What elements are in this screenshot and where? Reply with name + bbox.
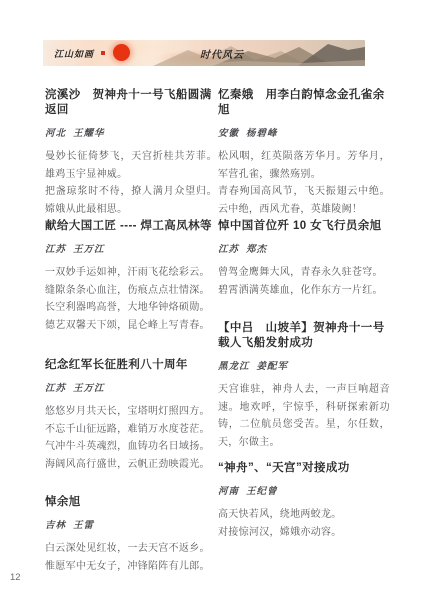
poem-line: 一双妙手运如神，汗雨飞花绘彩云。 [45,264,217,282]
poem-line: 海阔风高行盛世，云帆正劲映霞光。 [45,456,217,474]
poem-author: 江苏王万江 [45,241,217,255]
poem-line: 德艺双馨天下颂，昆仑峰上写青春。 [45,317,217,335]
poem-author: 吉林王雷 [45,517,217,531]
poem-title: 献给大国工匠 ---- 焊工高凤林等 [45,219,217,234]
poem-title: 浣溪沙 贺神舟十一号飞船圆满返回 [45,88,217,118]
author-region: 江苏 [218,245,239,255]
seal-stamp-icon [101,51,105,55]
poem-yiqine: 忆秦娥 用李白韵悼念金孔雀余旭 安徽杨碧峰 松风咽，红英陨落芳华月。芳华月，军营… [218,88,390,218]
poem-title: 悼余旭 [45,495,217,510]
poem-line: 气冲牛斗英魂烈，血铸功名日域扬。 [45,438,217,456]
banner-calligraphy-center: 时代风云 [200,46,244,61]
poem-author: 江苏王万江 [45,380,217,394]
author-region: 黑龙江 [218,362,250,372]
banner-calligraphy-left: 江山如画 [54,47,94,60]
poem-title: 【中吕 山坡羊】贺神舟十一号载人飞船发射成功 [218,321,390,351]
author-region: 河南 [218,487,239,497]
author-region: 江苏 [45,245,66,255]
poem-daguogongjiang: 献给大国工匠 ---- 焊工高凤林等 江苏王万江 一双妙手运如神，汗雨飞花绘彩云… [45,219,217,334]
author-region: 河北 [45,129,66,139]
author-region: 江苏 [45,384,66,394]
poem-line: 松风咽，红英陨落芳华月。芳华月，军营孔雀，骤然殇别。 [218,148,390,183]
magazine-page: 江山如画 时代风云 浣溪沙 贺神舟十一号飞船圆满返回 河北王耀华 曼妙长征倚梦飞… [0,0,421,600]
poem-title: “神舟”、“天宫”对接成功 [218,461,390,476]
poem-title: 忆秦娥 用李白韵悼念金孔雀余旭 [218,88,390,118]
poem-duijie: “神舟”、“天宫”对接成功 河南王纪曾 高天快若风，绕地两蛟龙。 对接惊河汉，嫦… [218,461,390,541]
author-region: 吉林 [45,521,66,531]
poem-line: 青春殉国高风节，飞天振翅云中绝。云中绝，西风尤眷，英雄陵阙！ [218,183,390,218]
author-name: 王耀华 [73,129,105,139]
author-name: 王雷 [73,521,94,531]
header-banner-image: 江山如画 时代风云 [43,40,365,66]
author-name: 郑杰 [246,245,267,255]
author-name: 王纪曾 [246,487,278,497]
author-name: 王万江 [73,384,105,394]
poem-line: 把盏琼浆时不待，撩人满月众望归。嫦娥从此最相思。 [45,183,217,218]
poem-line: 白云深处见红妆，一去天宫不返乡。 [45,540,217,558]
poem-jian10: 悼中国首位歼 10 女飞行员余旭 江苏郑杰 曾驾金鹰舞大风，青春永久驻苍穹。 碧… [218,219,390,299]
poem-line: 不忘千山征远路，难销万水度苍茫。 [45,421,217,439]
poem-line: 对接惊河汉，嫦娥亦动容。 [218,524,390,542]
poem-line: 长空利器鸣高誉，大地华钟烙硕勋。 [45,299,217,317]
poem-changzheng: 纪念红军长征胜利八十周年 江苏王万江 悠悠岁月共天长，宝塔明灯照四方。 不忘千山… [45,358,217,473]
author-region: 安徽 [218,129,239,139]
poem-line: 悠悠岁月共天长，宝塔明灯照四方。 [45,403,217,421]
poem-author: 江苏郑杰 [218,241,390,255]
poem-title: 纪念红军长征胜利八十周年 [45,358,217,373]
poem-author: 河北王耀华 [45,125,217,139]
poem-shanpoyang: 【中吕 山坡羊】贺神舟十一号载人飞船发射成功 黑龙江姜配军 天宫谁驻，神舟人去，… [218,321,390,451]
poem-line: 高天快若风，绕地两蛟龙。 [218,506,390,524]
author-name: 王万江 [73,245,105,255]
poem-line: 缝隙条条心血注，伤痕点点壮情深。 [45,282,217,300]
poem-line: 天宫谁驻，神舟人去，一声巨响超音速。地欢呼，宇惊乎，科研探索新功铸，二位航员您受… [218,381,390,451]
poem-author: 安徽杨碧峰 [218,125,390,139]
author-name: 杨碧峰 [246,129,278,139]
poem-line: 曼妙长征倚梦飞，天宫折桂共芳菲。雄鸡玉宇显神威。 [45,148,217,183]
poem-daoyuxu-left: 悼余旭 吉林王雷 白云深处见红妆，一去天宫不返乡。 惟愿军中无女子，冲锋陷阵有儿… [45,495,217,575]
poem-huanxisha: 浣溪沙 贺神舟十一号飞船圆满返回 河北王耀华 曼妙长征倚梦飞，天宫折桂共芳菲。雄… [45,88,217,218]
author-name: 姜配军 [257,362,289,372]
sun-icon [113,44,130,61]
poem-line: 惟愿军中无女子，冲锋陷阵有儿郎。 [45,558,217,576]
poem-title: 悼中国首位歼 10 女飞行员余旭 [218,219,390,234]
poem-line: 曾驾金鹰舞大风，青春永久驻苍穹。 [218,264,390,282]
page-number: 12 [10,572,21,583]
poem-author: 黑龙江姜配军 [218,358,390,372]
poem-author: 河南王纪曾 [218,483,390,497]
poem-line: 碧霄洒满英雄血，化作东方一片红。 [218,282,390,300]
